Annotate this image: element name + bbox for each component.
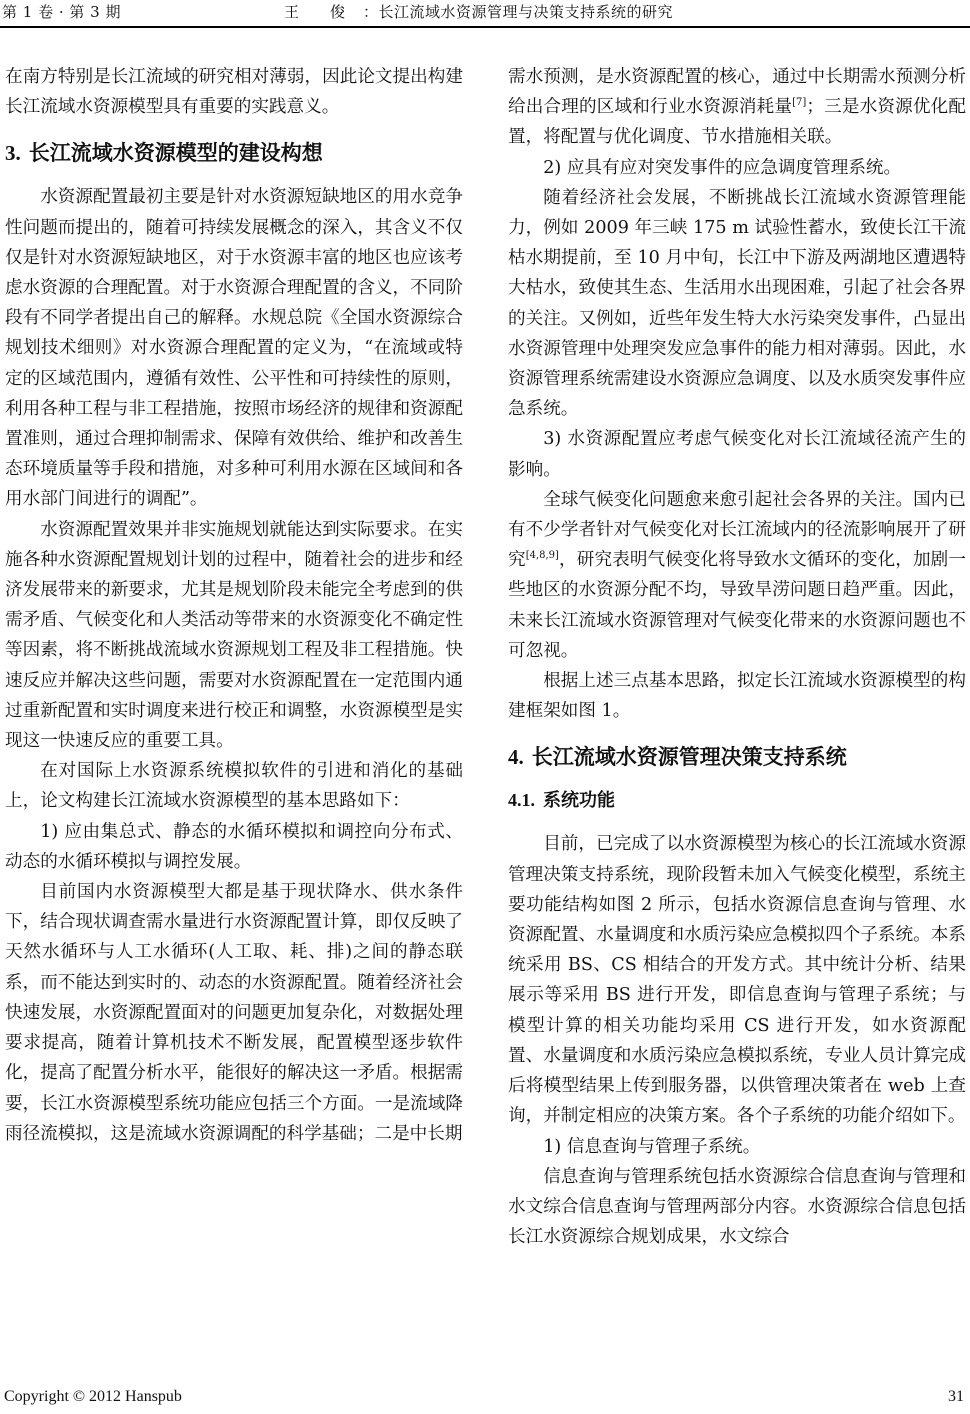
paragraph: 水资源配置效果并非实施规划就能达到实际要求。在实施各种水资源配置规划计划的过程中… (5, 515, 463, 757)
paragraph: 根据上述三点基本思路，拟定长江流域水资源模型的构建框架如图 1。 (508, 666, 966, 726)
author-name: 王 俊 (284, 3, 353, 21)
right-column: 需水预测，是水资源配置的核心，通过中长期需水预测分析给出合理的区域和行业水资源消… (508, 62, 966, 1252)
page-number: 31 (948, 1387, 964, 1407)
article-title: ：长江流域水资源管理与决策支持系统的研究 (363, 3, 673, 21)
list-item: 1) 信息查询与管理子系统。 (508, 1132, 966, 1162)
subsection-heading-4-1: 4.1.系统功能 (508, 786, 966, 815)
citation: [7] (792, 97, 806, 108)
subsection-number: 4.1. (508, 790, 535, 810)
paragraph: 水资源配置最初主要是针对水资源短缺地区的用水竞争性问题而提出的，随着可持续发展概… (5, 182, 463, 514)
paragraph: 在南方特别是长江流域的研究相对薄弱，因此论文提出构建长江流域水资源模型具有重要的… (5, 62, 463, 122)
running-header: 第 1 卷 · 第 3 期 王 俊：长江流域水资源管理与决策支持系统的研究 (0, 0, 970, 28)
list-item: 2) 应具有应对突发事件的应急调度管理系统。 (508, 153, 966, 183)
running-title: 王 俊：长江流域水资源管理与决策支持系统的研究 (284, 1, 673, 23)
paragraph: 信息查询与管理系统包括水资源综合信息查询与管理和水文综合信息查询与管理两部分内容… (508, 1162, 966, 1253)
list-item: 3) 水资源配置应考虑气候变化对长江流域径流产生的影响。 (508, 424, 966, 484)
citation: [4,8,9] (526, 550, 559, 561)
paragraph-text: ，研究表明气候变化将导致水文循环的变化，加剧一些地区的水资源分配不均，导致旱涝问… (508, 550, 966, 661)
subsection-title: 系统功能 (543, 790, 615, 811)
section-title: 长江流域水资源模型的建设构想 (29, 141, 323, 165)
paragraph: 目前国内水资源模型大都是基于现状降水、供水条件下，结合现状调查需水量进行水资源配… (5, 877, 463, 1149)
paragraph: 随着经济社会发展，不断挑战长江流域水资源管理能力，例如 2009 年三峡 175… (508, 183, 966, 425)
paragraph: 目前，已完成了以水资源模型为核心的长江流域水资源管理决策支持系统，现阶段暂未加入… (508, 829, 966, 1131)
left-column: 在南方特别是长江流域的研究相对薄弱，因此论文提出构建长江流域水资源模型具有重要的… (5, 62, 463, 1149)
paragraph: 需水预测，是水资源配置的核心，通过中长期需水预测分析给出合理的区域和行业水资源消… (508, 62, 966, 153)
copyright-notice: Copyright © 2012 Hanspub (4, 1387, 182, 1407)
paragraph: 在对国际上水资源系统模拟软件的引进和消化的基础上，论文构建长江流域水资源模型的基… (5, 756, 463, 816)
section-title: 长江流域水资源管理决策支持系统 (532, 745, 847, 769)
section-heading-4: 4.长江流域水资源管理决策支持系统 (508, 742, 966, 772)
paragraph: 全球气候变化问题愈来愈引起社会各界的关注。国内已有不少学者针对气候变化对长江流域… (508, 485, 966, 666)
section-number: 3. (5, 141, 21, 165)
section-number: 4. (508, 745, 524, 769)
journal-volume-issue: 第 1 卷 · 第 3 期 (2, 1, 121, 23)
section-heading-3: 3.长江流域水资源模型的建设构想 (5, 138, 463, 168)
list-item: 1) 应由集总式、静态的水循环模拟和调控向分布式、动态的水循环模拟与调控发展。 (5, 817, 463, 877)
